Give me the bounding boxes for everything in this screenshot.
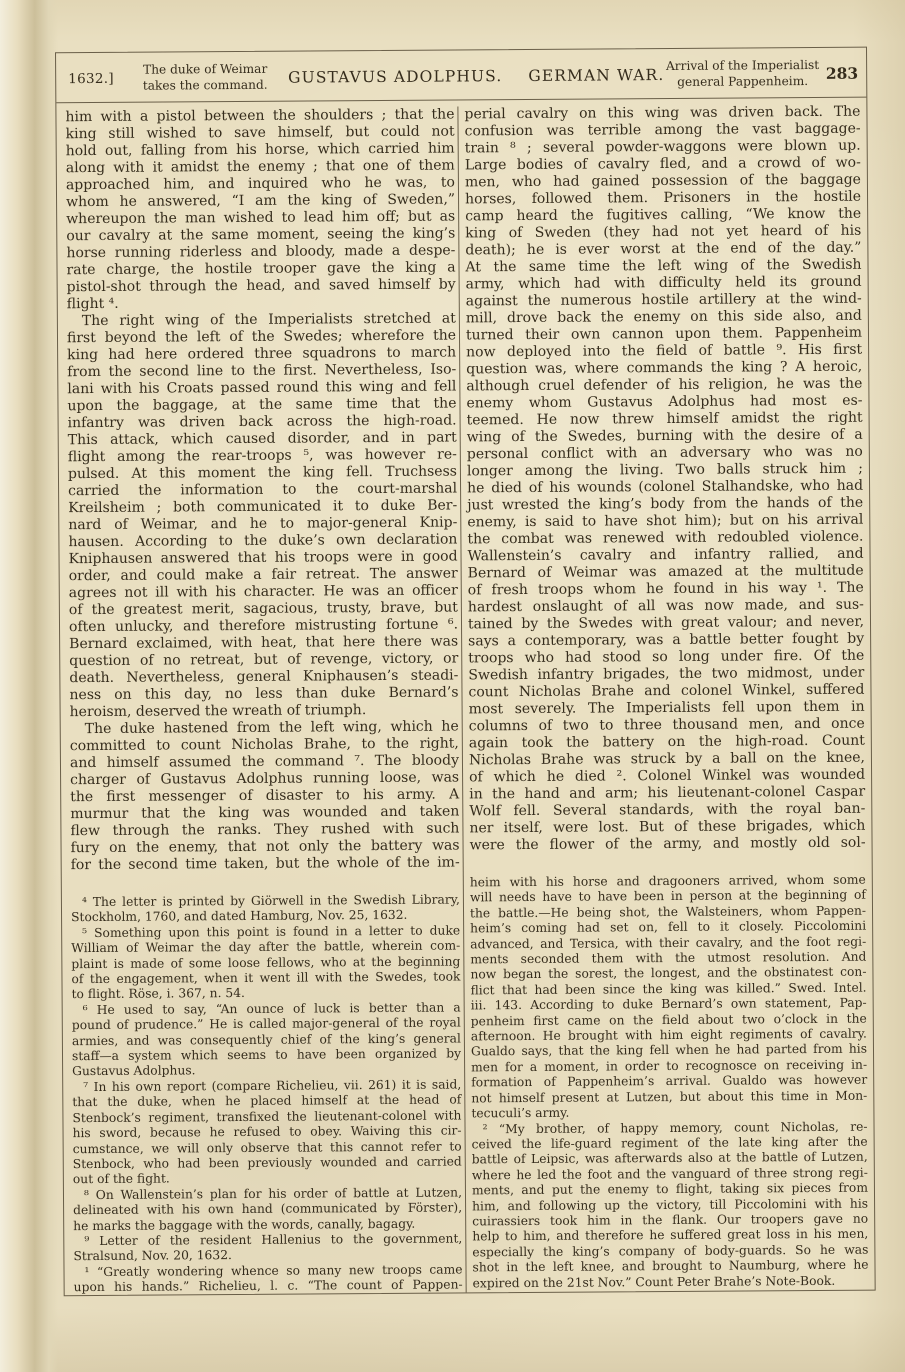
header-right-caption-line1: Arrival of the Imperialist — [666, 58, 819, 73]
header-left-caption-line1: The duke of Weimar — [143, 62, 267, 77]
text-line: not himself present at Lutzen, but about… — [471, 1088, 867, 1106]
text-line: ⁹ Letter of the resident Hallenius to th… — [73, 1231, 462, 1249]
paragraph: ¹ “Greatly wondering whence so many new … — [73, 1262, 462, 1296]
page-gutter-shadow — [0, 0, 58, 1372]
running-title: GUSTAVUS ADOLPHUS. GERMAN WAR. — [288, 66, 664, 87]
paragraph: heim with his horse and dragooners arriv… — [470, 873, 868, 1122]
header-left-caption: The duke of Weimar takes the command. — [122, 62, 288, 94]
paragraph: ⁴ The letter is printed by Giörwell in t… — [71, 892, 460, 926]
paragraph: ⁷ In his own report (compare Richelieu, … — [72, 1077, 462, 1188]
paragraph: him with a pistol between the shoulders … — [65, 106, 455, 313]
header-right-caption-line2: general Pappenheim. — [677, 74, 808, 89]
paragraph: The duke hastened from the left wing, wh… — [70, 718, 460, 874]
right-column: perial cavalry on this wing was driven b… — [458, 104, 868, 1293]
paragraph: perial cavalry on this wing was driven b… — [464, 104, 865, 855]
paragraph: ⁶ He used to say, “An ounce of luck is b… — [72, 1000, 462, 1080]
text-line: were the flower of the army, and mostly … — [469, 835, 865, 855]
page-header: 1632.] The duke of Weimar takes the comm… — [56, 48, 866, 104]
right-column-text: perial cavalry on this wing was driven b… — [464, 104, 865, 855]
paragraph: ⁸ On Wallenstein’s plan for his order of… — [73, 1185, 462, 1234]
header-left-caption-line2: takes the command. — [143, 77, 268, 92]
paragraph: ⁵ Something upon this point is found in … — [71, 923, 461, 1003]
page-number: 283 — [821, 64, 858, 83]
left-column: him with a pistol between the shoulders … — [65, 106, 462, 1295]
text-line: upon his hands.” Richelieu, l. c. “The c… — [74, 1278, 463, 1296]
text-columns: him with a pistol between the shoulders … — [56, 98, 874, 1296]
left-column-text: him with a pistol between the shoulders … — [65, 106, 459, 874]
paragraph: The right wing of the Imperialists stret… — [67, 310, 459, 721]
header-year: 1632.] — [68, 70, 122, 86]
text-line: ness on this day, no less than duke Bern… — [69, 684, 458, 704]
text-line: expired on the 21st Nov.” Count Peter Br… — [473, 1273, 869, 1291]
book-page-scan: 1632.] The duke of Weimar takes the comm… — [0, 0, 905, 1372]
printed-page-frame: 1632.] The duke of Weimar takes the comm… — [55, 47, 876, 1297]
running-title-main: GUSTAVUS ADOLPHUS. — [288, 67, 502, 86]
paragraph: ⁹ Letter of the resident Hallenius to th… — [73, 1231, 462, 1265]
right-column-footnotes: heim with his horse and dragooners arriv… — [470, 873, 869, 1292]
running-title-war: GERMAN WAR. — [528, 66, 664, 85]
text-line: Stenbock, who had been previously wounde… — [73, 1154, 462, 1172]
text-line: pistol-shot through the head, and saved … — [67, 276, 456, 296]
header-right-caption: Arrival of the Imperialist general Pappe… — [664, 58, 821, 90]
paragraph: ² “My brother, of happy memory, count Ni… — [471, 1119, 868, 1291]
text-line: for the second time taken, but the whole… — [71, 854, 460, 874]
left-column-footnotes: ⁴ The letter is printed by Giörwell in t… — [71, 892, 463, 1295]
